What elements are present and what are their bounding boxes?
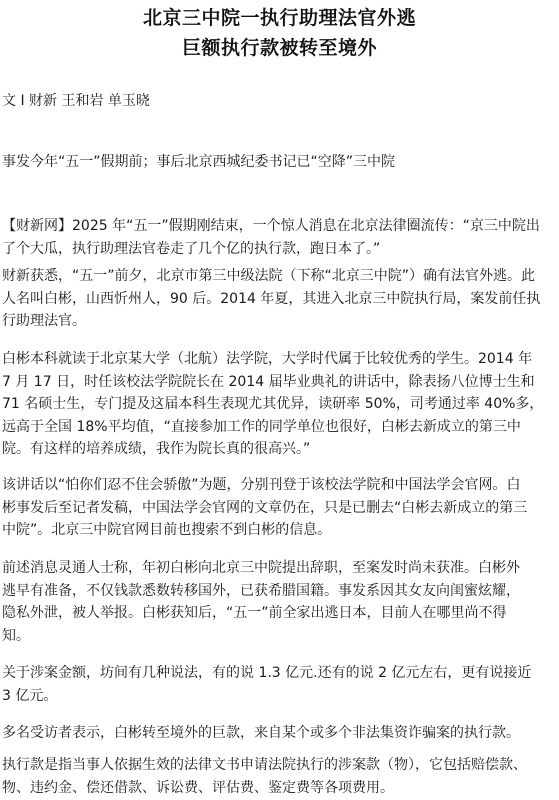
paragraph-line: 中院”。北京三中院官网目前也搜索不到白彬的信息。 (2, 519, 557, 542)
paragraph-line: 【财新网】2025 年“五一”假期刚结束，一个惊人消息在北京法律圈流传：“京三中… (2, 215, 557, 238)
article-title-line-1: 北京三中院一执行助理法官外逃 (0, 3, 559, 30)
paragraph-line: 知。 (2, 625, 557, 648)
paragraph-line: 财新获悉，“五一”前夕，北京市第三中级法院（下称“北京三中院”）确有法官外逃。此 (2, 265, 557, 288)
paragraph-line: 前述消息灵通人士称，年初白彬向北京三中院提出辞职，至案发时尚未获准。白彬外 (2, 557, 557, 580)
paragraph-line: 3 亿元。 (2, 685, 557, 708)
paragraph-line: 逃早有准备，不仅钱款悉数转移国外，已获希腊国籍。事发系因其女友向闺蜜炫耀， (2, 580, 557, 603)
paragraph-line: 该讲话以“怕你们忍不住会骄傲”为题，分别刊登于该校法学院和中国法学会官网。白 (2, 474, 557, 497)
paragraph-line: 白彬本科就读于北京某大学（北航）法学院，大学时代属于比较优秀的学生。2014 年 (2, 348, 557, 371)
paragraph-line: 物、违约金、偿还借款、诉讼费、评估费、鉴定费等各项费用。 (2, 777, 557, 800)
paragraph-education: 白彬本科就读于北京某大学（北航）法学院，大学时代属于比较优秀的学生。2014 年… (2, 348, 557, 461)
paragraph-line: 多名受访者表示，白彬转至境外的巨款，来自某个或多个非法集资诈骗案的执行款。 (2, 722, 557, 745)
paragraph-line: 关于涉案金额，坊间有几种说法，有的说 1.3 亿元.还有的说 2 亿元左右，更有… (2, 662, 557, 685)
paragraph-line: 执行款是指当事人依据生效的法律文书申请法院执行的涉案款（物），它包括赔偿款、 (2, 754, 557, 777)
paragraph-lead: 【财新网】2025 年“五一”假期刚结束，一个惊人消息在北京法律圈流传：“京三中… (2, 215, 557, 260)
paragraph-escape: 前述消息灵通人士称，年初白彬向北京三中院提出辞职，至案发时尚未获准。白彬外 逃早… (2, 557, 557, 647)
paragraph-speech: 该讲话以“怕你们忍不住会骄傲”为题，分别刊登于该校法学院和中国法学会官网。白 彬… (2, 474, 557, 542)
paragraph-source-of-funds: 多名受访者表示，白彬转至境外的巨款，来自某个或多个非法集资诈骗案的执行款。 (2, 722, 557, 745)
paragraph-line: 远高于全国 18%平均值，“直接参加工作的同学单位也很好，白彬去新成立的第三中 (2, 416, 557, 439)
paragraph-amount: 关于涉案金额，坊间有几种说法，有的说 1.3 亿元.还有的说 2 亿元左右，更有… (2, 662, 557, 707)
paragraph-line: 行助理法官。 (2, 310, 557, 333)
article-title-line-2: 巨额执行款被转至境外 (0, 33, 559, 60)
paragraph-line: 了个大瓜，执行助理法官卷走了几个亿的执行款，跑日本了。” (2, 238, 557, 261)
article-byline: 文 I 财新 王和岩 单玉晓 (2, 90, 150, 110)
paragraph-line: 彬事发后至记者发稿，中国法学会官网的文章仍在，只是已删去“白彬去新成立的第三 (2, 497, 557, 520)
paragraph-suspect-identity: 财新获悉，“五一”前夕，北京市第三中级法院（下称“北京三中院”）确有法官外逃。此… (2, 265, 557, 333)
paragraph-line: 人名叫白彬，山西忻州人，90 后。2014 年夏，其进入北京三中院执行局，案发前… (2, 288, 557, 311)
paragraph-line: 隐私外泄，被人举报。白彬获知后，“五一”前全家出逃日本，目前人在哪里尚不得 (2, 602, 557, 625)
paragraph-line: 院。有这样的培养成绩，我作为院长真的很高兴。” (2, 438, 557, 461)
paragraph-definition: 执行款是指当事人依据生效的法律文书申请法院执行的涉案款（物），它包括赔偿款、 物… (2, 754, 557, 799)
paragraph-line: 71 名硕士生，专门提及这届本科生表现尤其优异，读研率 50%，司考通过率 40… (2, 393, 557, 416)
article-subhead: 事发今年“五一”假期前；事后北京西城纪委书记已“空降”三中院 (2, 151, 395, 171)
paragraph-line: 7 月 17 日，时任该校法学院院长在 2014 届毕业典礼的讲话中，除表扬八位… (2, 371, 557, 394)
